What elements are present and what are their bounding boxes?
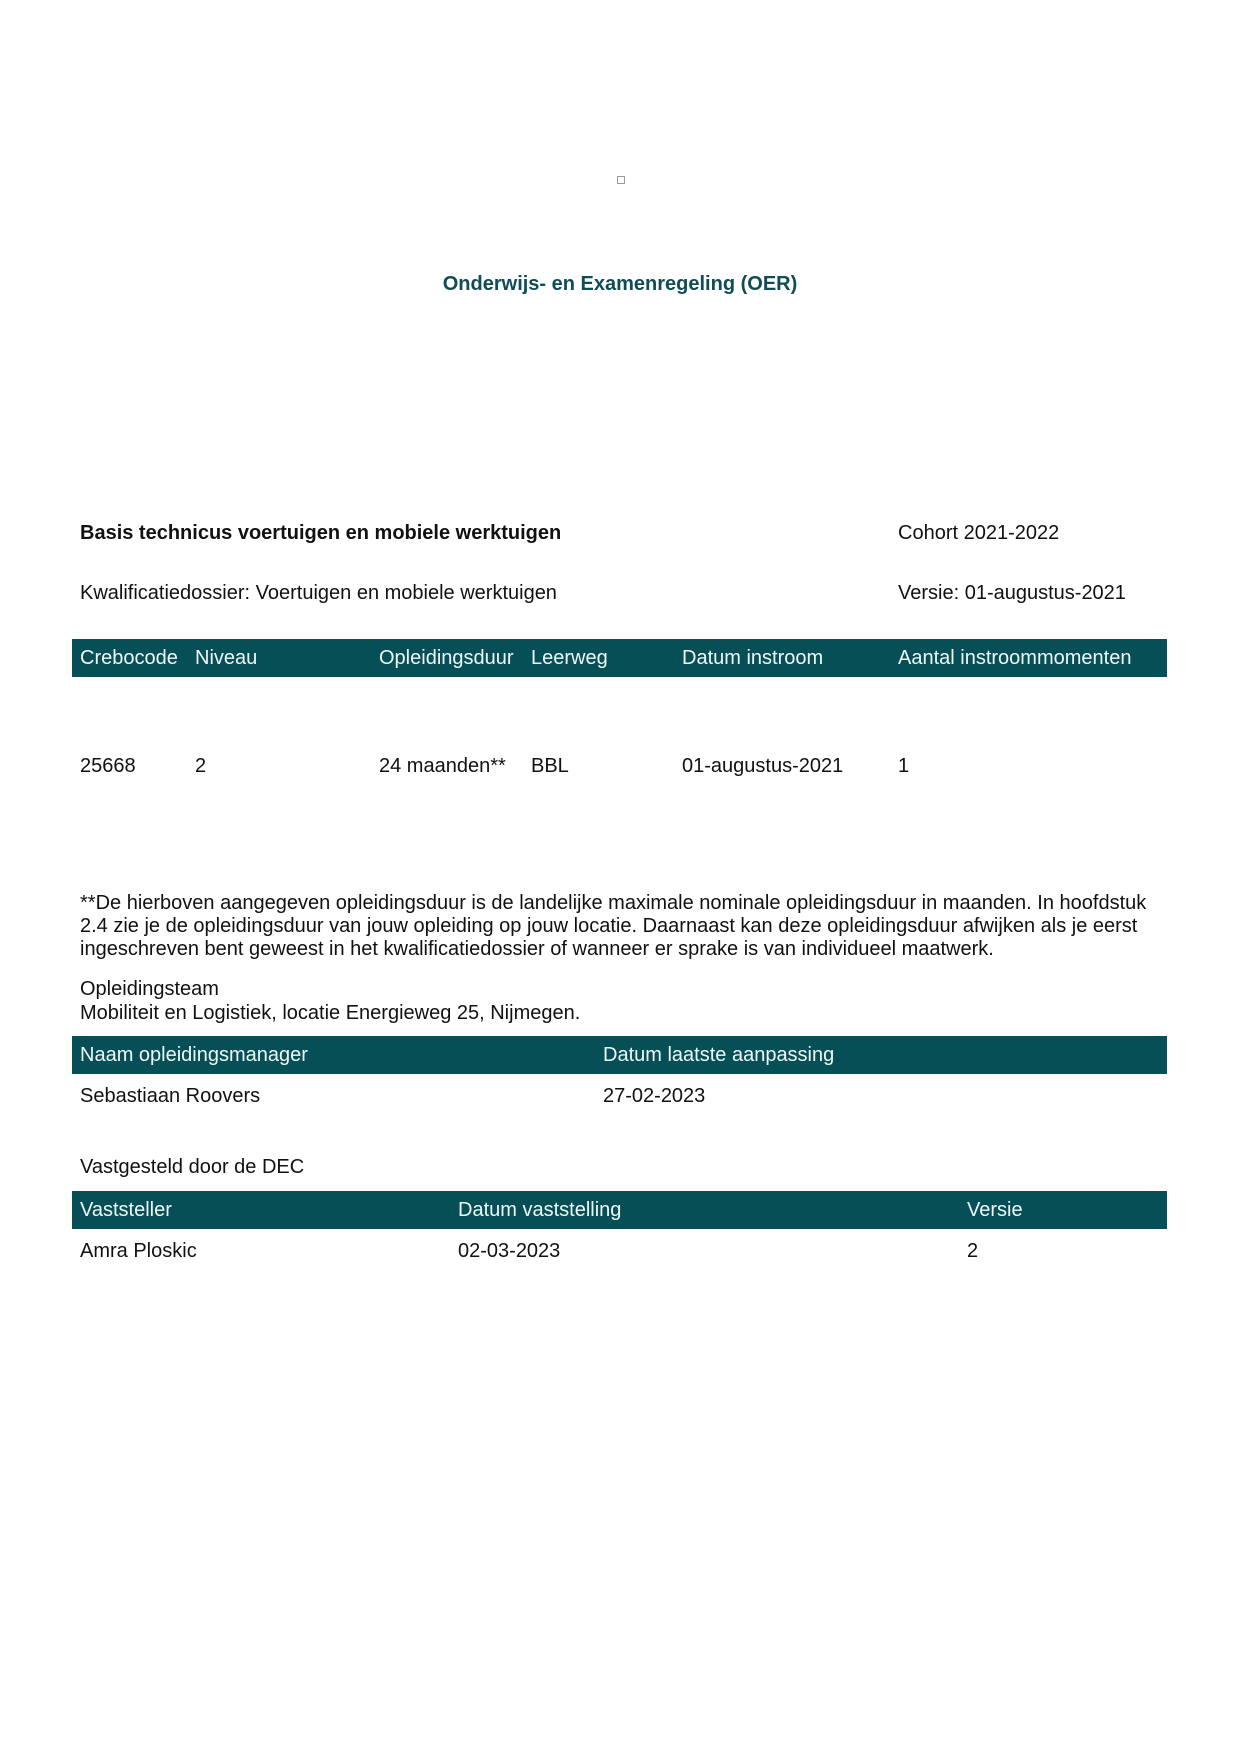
cell-datum-instroom: 01-augustus-2021 (682, 755, 843, 778)
approval-table-header: Vaststeller Datum vaststelling Versie (72, 1191, 1167, 1229)
header-vaststeller: Vaststeller (80, 1199, 172, 1222)
team-label: Opleidingsteam (80, 977, 580, 1001)
dec-label: Vastgesteld door de DEC (80, 1156, 304, 1179)
cohort: Cohort 2021-2022 (898, 522, 1059, 545)
header-datum-vaststelling: Datum vaststelling (458, 1199, 621, 1222)
footnote: **De hierboven aangegeven opleidingsduur… (80, 892, 1170, 961)
qualification-dossier: Kwalificatiedossier: Voertuigen en mobie… (80, 582, 557, 605)
cell-leerweg: BBL (531, 755, 569, 778)
program-table-header: Crebocode Niveau Opleidingsduur Leerweg … (72, 639, 1167, 677)
cell-niveau: 2 (195, 755, 206, 778)
header-datum-laatste-aanpassing: Datum laatste aanpassing (603, 1044, 834, 1067)
cell-crebocode: 25668 (80, 755, 136, 778)
table-row: Sebastiaan Roovers 27-02-2023 (0, 1085, 1240, 1111)
team-description: Mobiliteit en Logistiek, locatie Energie… (80, 1001, 580, 1025)
header-versie: Versie (967, 1199, 1023, 1222)
table-row: Amra Ploskic 02-03-2023 2 (0, 1240, 1240, 1266)
header-aantal-instroommomenten: Aantal instroommomenten (898, 647, 1131, 670)
team-block: Opleidingsteam Mobiliteit en Logistiek, … (80, 977, 580, 1025)
header-datum-instroom: Datum instroom (682, 647, 823, 670)
cell-manager-name: Sebastiaan Roovers (80, 1085, 260, 1108)
cell-aantal-instroommomenten: 1 (898, 755, 909, 778)
image-placeholder-icon (617, 176, 625, 184)
program-name: Basis technicus voertuigen en mobiele we… (80, 522, 561, 545)
program-version: Versie: 01-augustus-2021 (898, 582, 1126, 605)
cell-versie: 2 (967, 1240, 978, 1263)
header-leerweg: Leerweg (531, 647, 608, 670)
header-opleidingsduur: Opleidingsduur (379, 647, 514, 670)
document-title: Onderwijs- en Examenregeling (OER) (0, 273, 1240, 296)
cell-last-modified: 27-02-2023 (603, 1085, 705, 1108)
header-niveau: Niveau (195, 647, 257, 670)
table-row: 25668 2 24 maanden** BBL 01-augustus-202… (0, 755, 1240, 781)
cell-datum-vaststelling: 02-03-2023 (458, 1240, 560, 1263)
header-crebocode: Crebocode (80, 647, 178, 670)
cell-opleidingsduur: 24 maanden** (379, 755, 506, 778)
cell-vaststeller: Amra Ploskic (80, 1240, 197, 1263)
header-naam-opleidingsmanager: Naam opleidingsmanager (80, 1044, 308, 1067)
manager-table-header: Naam opleidingsmanager Datum laatste aan… (72, 1036, 1167, 1074)
